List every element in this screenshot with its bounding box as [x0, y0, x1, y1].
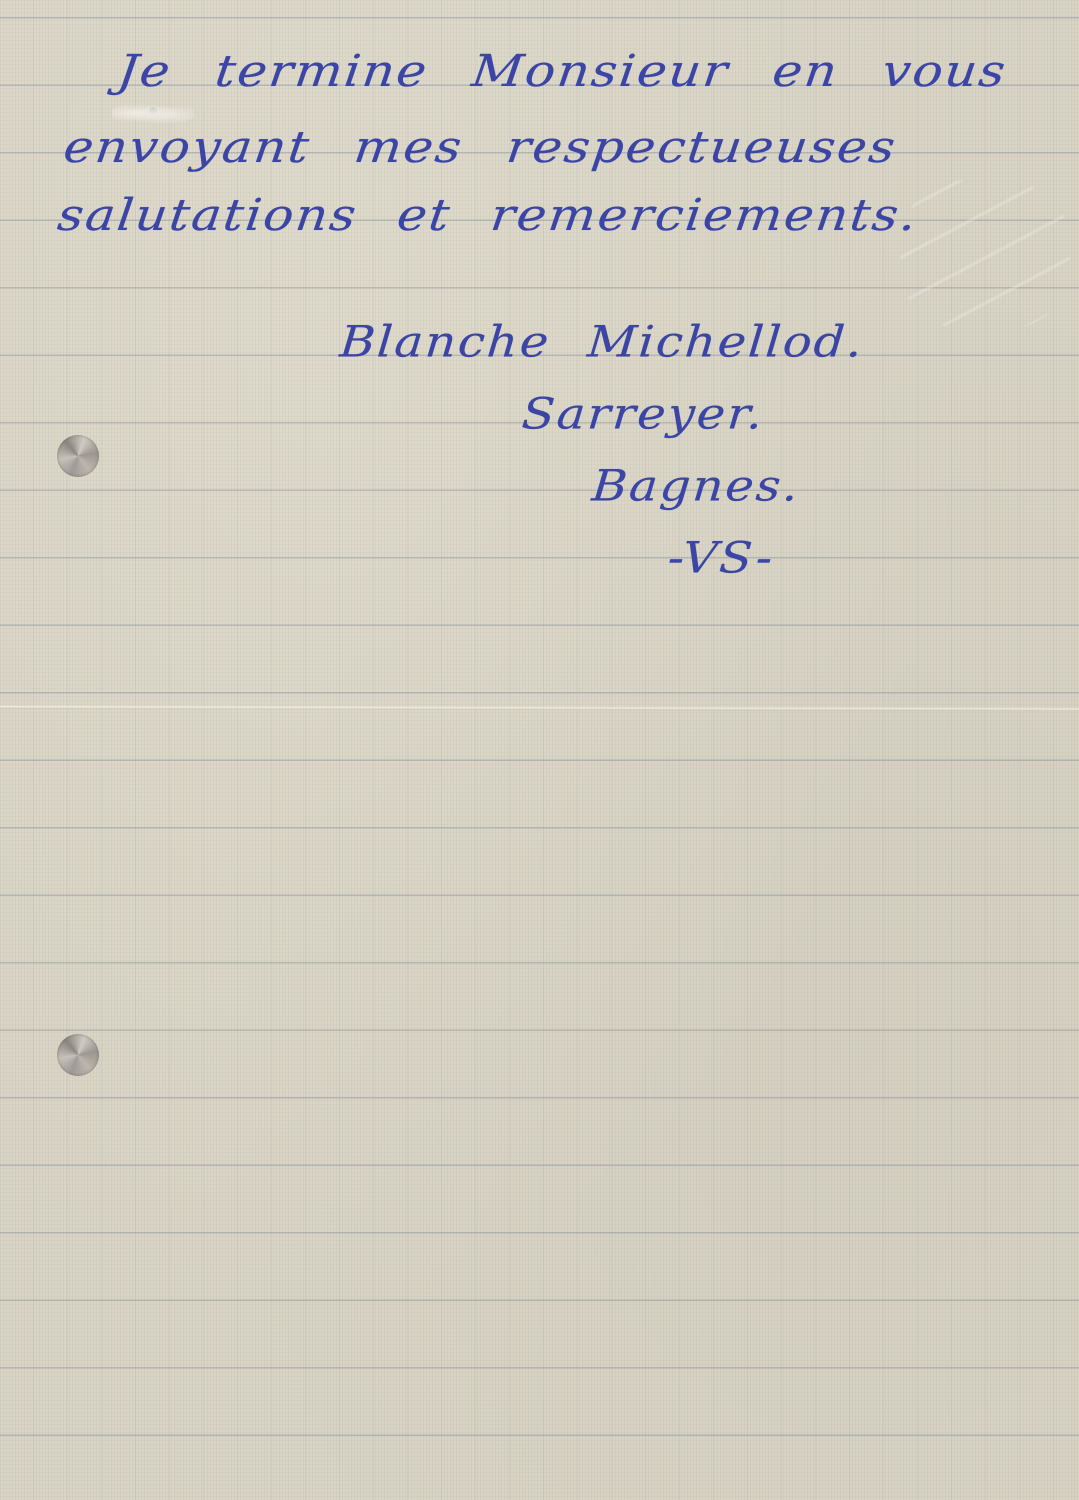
letter-page: Je termine Monsieur en vous envoyant mes…: [0, 0, 1079, 1500]
letter-body-line-2: envoyant mes respectueuses: [61, 121, 900, 172]
signature-name: Blanche Michellod.: [338, 317, 866, 367]
signature-village: Sarreyer.: [520, 389, 766, 439]
signature-commune: Bagnes.: [590, 461, 802, 511]
letter-body-line-3: salutations et remerciements.: [55, 189, 921, 240]
embossed-impression: [900, 180, 1070, 330]
letter-body-line-1: Je termine Monsieur en vous: [115, 45, 1010, 96]
signature-canton: -VS-: [666, 533, 776, 583]
punch-hole-icon: [57, 435, 99, 477]
punch-hole-icon: [57, 1034, 99, 1076]
paper-fold-crease: [0, 705, 1079, 711]
